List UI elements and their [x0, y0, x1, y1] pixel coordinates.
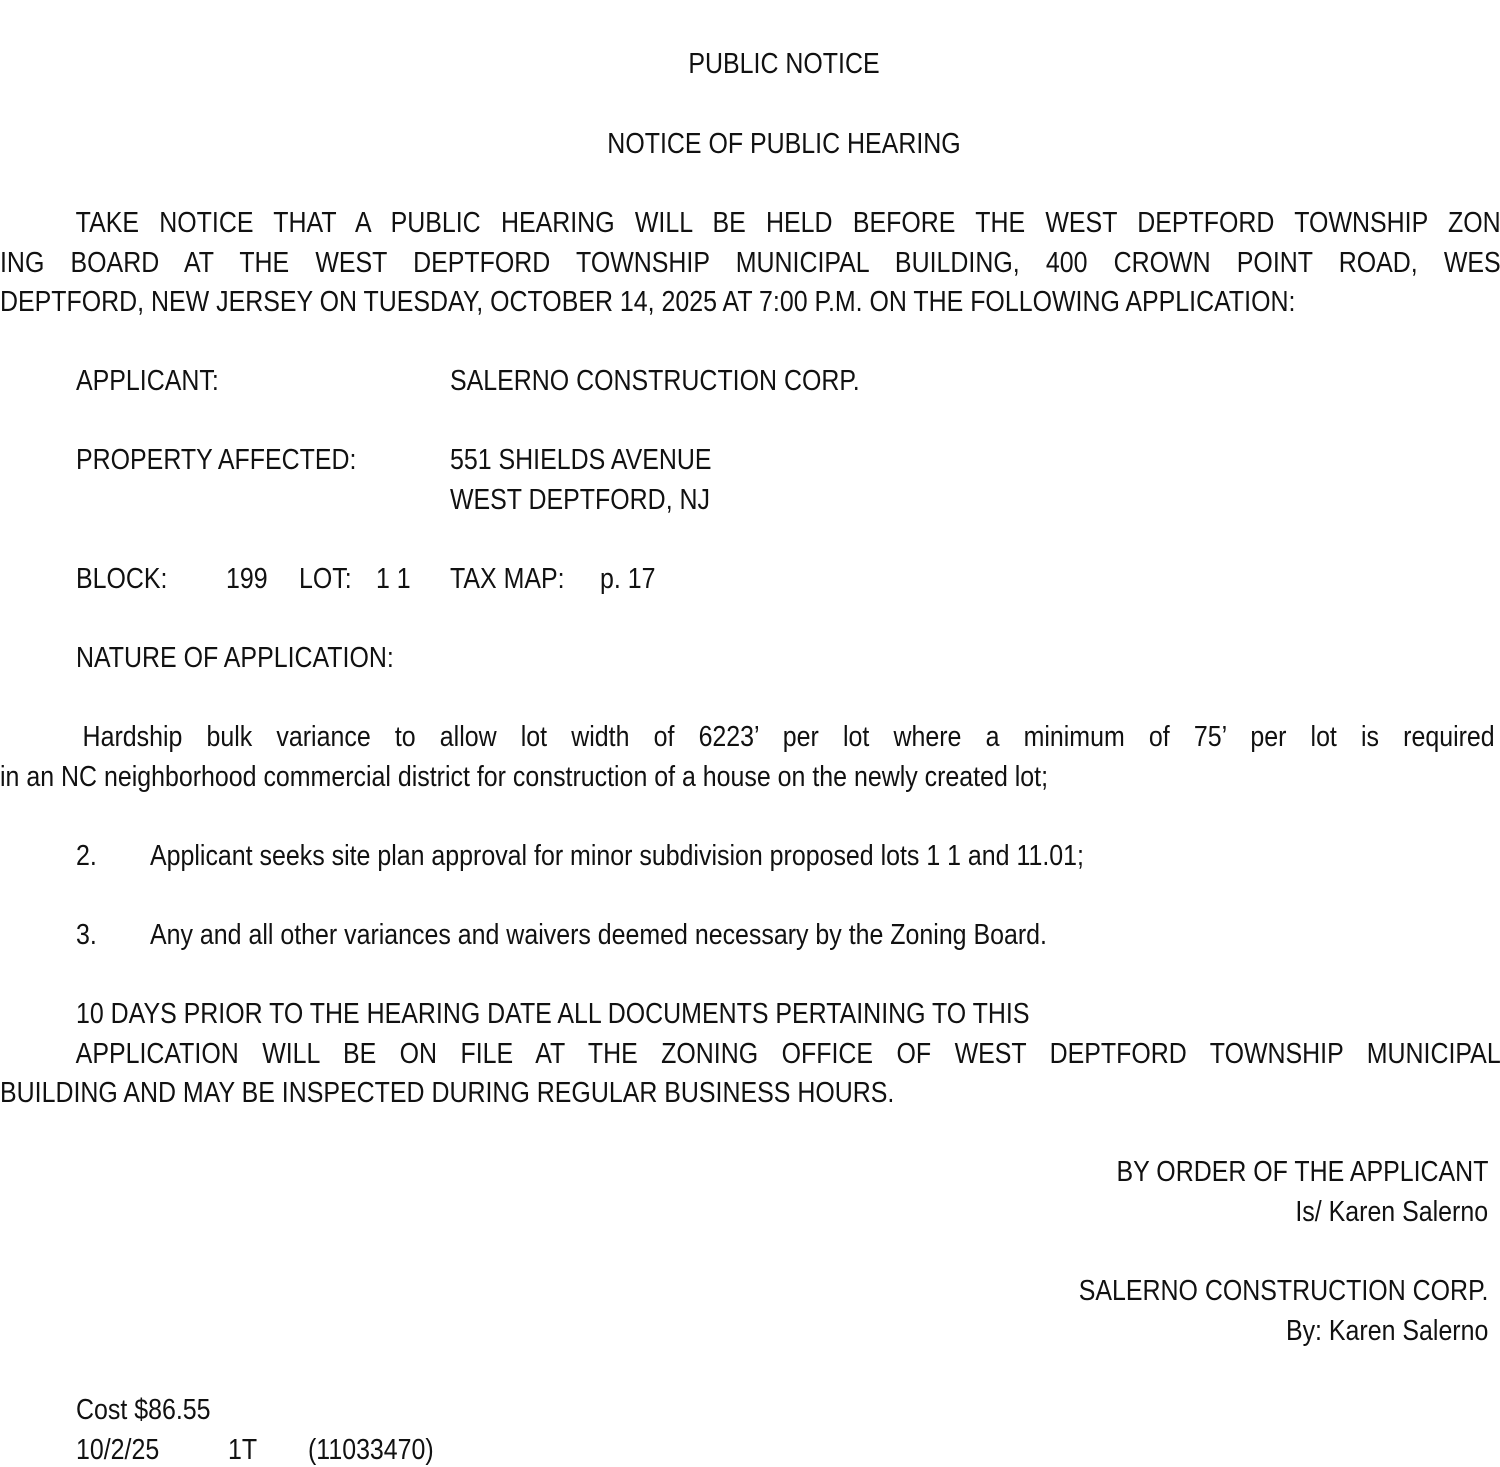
intro-line-1: TAKE NOTICE THAT A PUBLIC HEARING WILL B… [0, 203, 1500, 243]
property-line-1: 551 SHIELDS AVENUE [450, 440, 712, 480]
item3-number: 3. [76, 915, 97, 955]
notice-title: PUBLIC NOTICE [110, 44, 1458, 84]
intro-line-3: DEPTFORD, NEW JERSEY ON TUESDAY, OCTOBER… [0, 282, 1295, 322]
item1-line-2: in an NC neighborhood commercial distric… [0, 757, 1048, 797]
footer-ad-id: (11033470) [308, 1430, 434, 1467]
footer-date: 10/2/25 [76, 1430, 159, 1467]
item3-text: Any and all other variances and waivers … [150, 915, 1047, 955]
property-line-2: WEST DEPTFORD, NJ [450, 480, 710, 520]
signature-company-line: SALERNO CONSTRUCTION CORP. [1078, 1271, 1488, 1311]
notice-subtitle: NOTICE OF PUBLIC HEARING [110, 124, 1458, 164]
lot-label: LOT: [299, 559, 352, 599]
taxmap-label: TAX MAP: [450, 559, 565, 599]
item1-line-1: Hardship bulk variance to allow lot widt… [0, 717, 1495, 757]
lot-value: 1 1 [376, 559, 411, 599]
signature-by-line: By: Karen Salerno [1286, 1311, 1488, 1351]
item2-number: 2. [76, 836, 97, 876]
intro-line-2: ING BOARD AT THE WEST DEPTFORD TOWNSHIP … [0, 243, 1500, 283]
footer-insertions: 1T [228, 1430, 257, 1467]
block-label: BLOCK: [76, 559, 167, 599]
documents-line-2: APPLICATION WILL BE ON FILE AT THE ZONIN… [0, 1034, 1500, 1074]
footer-cost: Cost $86.55 [76, 1390, 210, 1430]
documents-line-1: 10 DAYS PRIOR TO THE HEARING DATE ALL DO… [76, 994, 1029, 1034]
block-value: 199 [226, 559, 268, 599]
nature-label: NATURE OF APPLICATION: [76, 638, 394, 678]
signature-signed-line: Is/ Karen Salerno [1295, 1192, 1488, 1232]
applicant-label: APPLICANT: [76, 361, 219, 401]
taxmap-value: p. 17 [600, 559, 655, 599]
signature-order-line: BY ORDER OF THE APPLICANT [1116, 1152, 1488, 1192]
documents-line-3: BUILDING AND MAY BE INSPECTED DURING REG… [0, 1073, 894, 1113]
applicant-value: SALERNO CONSTRUCTION CORP. [450, 361, 860, 401]
item2-text: Applicant seeks site plan approval for m… [150, 836, 1084, 876]
property-label: PROPERTY AFFECTED: [76, 440, 356, 480]
